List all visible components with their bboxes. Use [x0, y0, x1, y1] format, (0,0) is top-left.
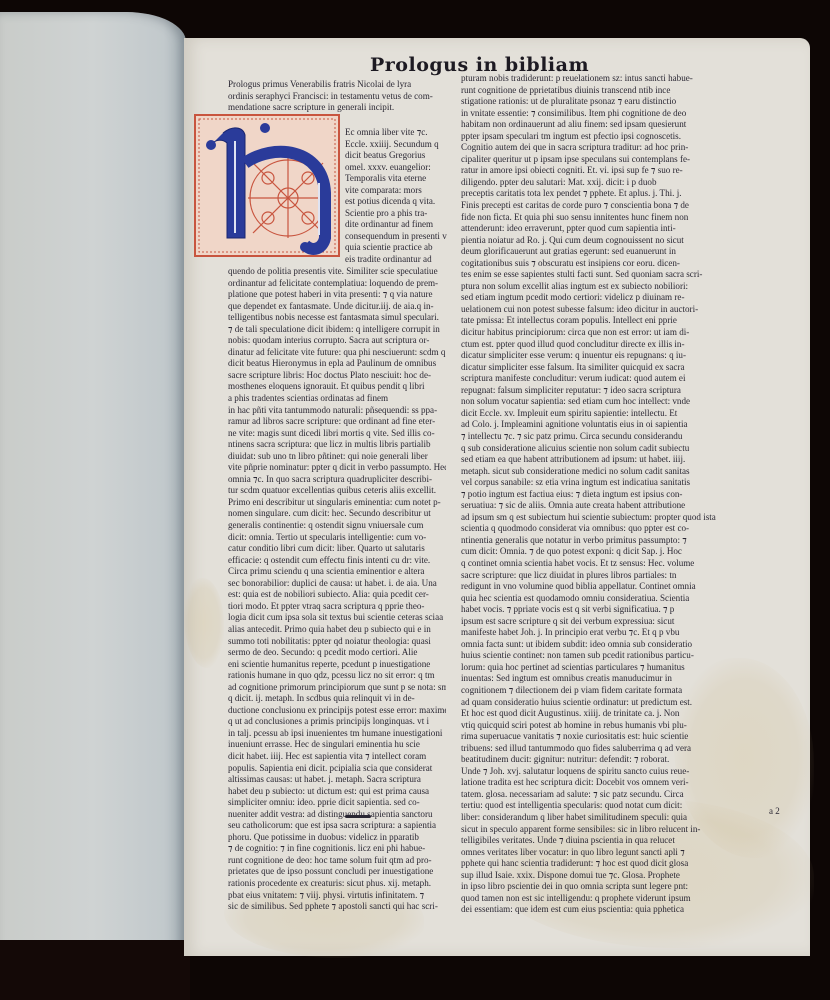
text-line: omel. xxxv. euangelior: — [345, 162, 447, 174]
text-line: phoru. Que potissime in duobus: videlicz… — [228, 832, 446, 844]
text-line: ramur ad libros sacre scripture: que ord… — [228, 416, 446, 428]
text-line: habitam non ordinauerunt ad aliu finem: … — [461, 119, 717, 131]
text-line: eni scientie humanitus reperte, pcedunt … — [228, 659, 446, 671]
text-line: dicit beatus Hieronymus in epla ad Pauli… — [228, 358, 446, 370]
text-line: rationis procedente ex creaturis: sicut … — [228, 878, 446, 890]
text-line: latione tradita est hec scriptura dicit:… — [461, 777, 717, 789]
text-line: tiori modo. Et ppter vtraq sacra scriptu… — [228, 601, 446, 613]
text-line: pphete qui hanc scientia tradiderunt: ⁊ … — [461, 858, 717, 870]
book-cover-edge — [0, 940, 190, 1000]
text-line: Cognitio autem dei que in sacra scriptur… — [461, 142, 717, 154]
text-line: logia dicit cum ipsa sola sit textus bui… — [228, 612, 446, 624]
text-line: Finis precepti est caritas de corde puro… — [461, 200, 717, 212]
text-line: catur conditio libri cum dicit: liber. Q… — [228, 543, 446, 555]
text-line: Circa primu sciendu q una scientia emine… — [228, 566, 446, 578]
text-line: rationis humane in quo qdz, pcessu licz … — [228, 670, 446, 682]
text-line: pientia noiatur ad Ro. j. Qui cum deum c… — [461, 235, 717, 247]
text-line: vite pñprie nominatur: ppter q dicit in … — [228, 462, 446, 474]
text-line: ppter ipsam speculari tm ingtum est pfec… — [461, 131, 717, 143]
text-line: ordinantur ad felicitate contemplatiua: … — [228, 278, 446, 290]
text-line: telligentibus nobis necesse est fantasma… — [228, 312, 446, 324]
text-line: platione que potest haberi in vita prese… — [228, 289, 446, 301]
text-line: prietates que de ipso possunt concludi p… — [228, 866, 446, 878]
text-line: Eccle. xxiiij. Secundum q — [345, 139, 447, 151]
text-line: summo toti nobilitatis: ppter qd noiatur… — [228, 636, 446, 648]
text-line: repugnat: falsum simpliciter reputatur: … — [461, 385, 717, 397]
text-line: mosthenes eloquens ignorauit. Et quibus … — [228, 381, 446, 393]
text-line: runt cognitione de pprietatibus diuinis … — [461, 85, 717, 97]
text-line: simpliciter omniu: ideo. pprie dicit sap… — [228, 797, 446, 809]
text-line: tate pmissa: Et intellectus coram populi… — [461, 315, 717, 327]
text-line: sacre scripture libris: Hoc doctus Plato… — [228, 370, 446, 382]
text-line: cum dicit: Omnia. ⁊ de quo potest exponi… — [461, 546, 717, 558]
text-line: dite ordinantur ad finem — [345, 219, 447, 231]
text-line: deum glorificauerunt aut gratias egerunt… — [461, 246, 717, 258]
text-line: liber: considerandum q liber habet simil… — [461, 812, 717, 824]
text-line: ntinentia generalis que notatur in verbo… — [461, 535, 717, 547]
text-line: ratur in amore ipsi obiecti cogniti. Et.… — [461, 165, 717, 177]
text-line: dicit habet. iiij. Hec est sapientia vit… — [228, 751, 446, 763]
text-line: q continet omnia scientia habet vocis. E… — [461, 558, 717, 570]
text-line: sic de similibus. Sed pphete ⁊ apostoli … — [228, 901, 446, 913]
text-line: altissimas causas: ut habet. j. metaph. … — [228, 774, 446, 786]
text-line: tes enim se esse sapientes stulti facti … — [461, 269, 717, 281]
text-line: dicitur habitus principiorum: circa que … — [461, 327, 717, 339]
text-line: in vnitate essentie: ⁊ consimilibus. Ite… — [461, 108, 717, 120]
text-line: inuentas: Sed ingtum est omnibus creatis… — [461, 673, 717, 685]
text-line: tur scdm quatuor excellentias quibus cet… — [228, 485, 446, 497]
text-line: diligendo. ppter deu salutari: Mat. xxij… — [461, 177, 717, 189]
text-line: in hac pñti vita tantummodo naturali: pñ… — [228, 405, 446, 417]
text-line: ductione conclusionu ex principijs potes… — [228, 705, 446, 717]
text-line: quia scientie practice ab — [345, 242, 447, 254]
incipit-line: mendatione sacre scripture in generali i… — [228, 102, 446, 114]
text-line: omnia ⁊c. In quo sacra scriptura quadrup… — [228, 474, 446, 486]
text-line: dicit: omnia. Tertio ut specularis intel… — [228, 532, 446, 544]
text-line: Primo eni describitur ut singularis emin… — [228, 497, 446, 509]
text-line: ad quam consideratio huius scientie ordi… — [461, 697, 717, 709]
text-line: metaph. sicut sub consideratione medici … — [461, 466, 717, 478]
right-column-body: pturam nobis tradiderunt: p reuelationem… — [461, 73, 717, 916]
left-column-body: quendo de politia presentis vite. Simili… — [228, 266, 446, 913]
text-line: fide non ficta. Et quia phi suo sensu in… — [461, 212, 717, 224]
text-line: tertiu: quod est intelligentia speculari… — [461, 800, 717, 812]
text-line: q dicit. ij. metaph. In scdbus quia reli… — [228, 693, 446, 705]
text-line: ntinens sacra scriptura: que licz in mul… — [228, 439, 446, 451]
text-line: nobis: quodam interius corrupto. Sacra a… — [228, 335, 446, 347]
text-line: consequendum in presenti vita — [345, 231, 447, 243]
text-line: dinatur ad felicitate vite future: qua p… — [228, 347, 446, 359]
text-line: preceptis caritatis tota lex pendet ⁊ pp… — [461, 188, 717, 200]
text-line: tribuens: sed illud tantummodo quo fides… — [461, 743, 717, 755]
text-line: ad ipsum sm q est subiectum hui scientie… — [461, 512, 717, 524]
text-line: cipaliter queritur ut p ipsam ipse specu… — [461, 154, 717, 166]
text-line: Scientie pro a phis tra- — [345, 208, 447, 220]
text-line: omnes veritates liber vocatur: in quo li… — [461, 847, 717, 859]
text-line: non solum vocatur sapientia: sed etiam c… — [461, 396, 717, 408]
text-line: quod tamen non est sic intelligendu: q p… — [461, 893, 717, 905]
text-line: dicatur simpliciter esse falsum. Ita sim… — [461, 362, 717, 374]
text-line: sicut in speculo apparent forme sensibil… — [461, 824, 717, 836]
text-line: Temporalis vita eterne — [345, 173, 447, 185]
text-line: scientia q quodmodo considerat via omnib… — [461, 523, 717, 535]
text-line: attenderunt: ideo erraverunt, ppter quod… — [461, 223, 717, 235]
text-line: sup illud Isaie. xxix. Dispone domui tue… — [461, 870, 717, 882]
text-line: ad Colo. j. Impleamini agnitione volunta… — [461, 419, 717, 431]
incipit-line: Prologus primus Venerabilis fratris Nico… — [228, 79, 446, 91]
text-beside-initial: Ec omnia liber vite ⁊c. Eccle. xxiiij. S… — [345, 127, 447, 266]
text-line: ptura non solum excellit alias ingtum es… — [461, 281, 717, 293]
text-line: stigatione rationis: ut de pluralitate p… — [461, 96, 717, 108]
text-line: uelationem cui non potest subesse falsum… — [461, 304, 717, 316]
text-line: ⁊ de tali speculatione dicit ibidem: q i… — [228, 324, 446, 336]
text-line: scriptura manifeste concluditur: verum i… — [461, 373, 717, 385]
text-line: a phis tradentes scientias ordinatas ad … — [228, 393, 446, 405]
text-line: cognitionem ⁊ dilectionem dei p viam fid… — [461, 685, 717, 697]
text-line: que dependet ex fantasmate. Unde dicitur… — [228, 301, 446, 313]
text-line: dicatur simpliciter esse verum: q inuent… — [461, 350, 717, 362]
text-line: sed etiam ingtum pcedit modo certiori: v… — [461, 292, 717, 304]
text-line: seu catholicorum: que est ipsa sacra scr… — [228, 820, 446, 832]
text-line: lorum: quia hoc pertinet ad scientias pa… — [461, 662, 717, 674]
text-line: diuidat: sub uno tn libro pñtinet: qui n… — [228, 451, 446, 463]
text-line: ne vite: magis sunt dicedi libri mortis … — [228, 428, 446, 440]
text-line: generalis continentie: q ostendit signu … — [228, 520, 446, 532]
text-line: telligibiles veritates. Unde ⁊ diuina ps… — [461, 835, 717, 847]
text-line: ipsum est sacre scripture q sit dei verb… — [461, 616, 717, 628]
text-line: q ut ad conclusiones a primis principijs… — [228, 716, 446, 728]
text-line: q sub consideratione alicuius scientie n… — [461, 443, 717, 455]
text-line: ctum est. ppter quod illud quod concludi… — [461, 339, 717, 351]
text-line: vite comparata: mors — [345, 185, 447, 197]
text-line: Unde ⁊ Joh. xvj. salutatur loquens de sp… — [461, 766, 717, 778]
text-line: seruatiua: ⁊ sic de aliis. Omnia aute cr… — [461, 500, 717, 512]
column-end-mark — [345, 815, 371, 818]
text-line: ⁊ intellectu ⁊c. ⁊ sic patz primu. Circa… — [461, 431, 717, 443]
text-line: inueniunt errasse. Hec de singulari emin… — [228, 739, 446, 751]
text-line: pbat eius vnitatem: ⁊ viij. physi. virtu… — [228, 890, 446, 902]
text-line: ad cognitione primorum principiorum que … — [228, 682, 446, 694]
text-line: vel corpus sanabile: sz etia vrina ingtu… — [461, 477, 717, 489]
text-line: pturam nobis tradiderunt: p reuelationem… — [461, 73, 717, 85]
text-line: Ec omnia liber vite ⁊c. — [345, 127, 447, 139]
left-text-column: Prologus primus Venerabilis fratris Nico… — [228, 79, 446, 114]
text-line: sermo de deo. Secundo: q pcedit modo cer… — [228, 647, 446, 659]
text-line: ⁊ de cognitio: ⁊ in fine cognitionis. li… — [228, 843, 446, 855]
text-line: nueniter addit vestra: ad distinguendu s… — [228, 809, 446, 821]
left-page-blank-flyleaf — [0, 12, 186, 967]
text-line: rima superuacue vanitatis ⁊ noxie curios… — [461, 731, 717, 743]
text-line: est potius dicenda q vita. — [345, 196, 447, 208]
text-line: sed etiam ea que habent attributionem ad… — [461, 454, 717, 466]
text-line: dicit beatus Gregorius — [345, 150, 447, 162]
illuminated-initial-h-icon — [193, 113, 341, 258]
text-line: ⁊ potio ingtum est factiua eius: ⁊ dieta… — [461, 489, 717, 501]
text-line: habet vocis. ⁊ ppriate vocis est q sit v… — [461, 604, 717, 616]
text-line: omnia facta sunt: ut ibidem subdit: ideo… — [461, 639, 717, 651]
text-line: Et hoc est quod dicit Augustinus. xiiij.… — [461, 708, 717, 720]
text-line: sacre scripture: que licz diuidat in plu… — [461, 570, 717, 582]
text-line: cogitationibus suis ⁊ obscuratu est insi… — [461, 258, 717, 270]
text-line: runt cognitione de deo: hoc tame solum f… — [228, 855, 446, 867]
text-line: manifeste habet Joh. j. In principio era… — [461, 627, 717, 639]
water-stain-gutter — [184, 578, 224, 668]
text-line: dicit Eccle. xv. Impleuit eum spiritu sa… — [461, 408, 717, 420]
text-line: nomen singulare. cum dicit: hec. Secundo… — [228, 508, 446, 520]
text-line: populis. Sapientia eni dicit. pcipialia … — [228, 763, 446, 775]
incipit-line: ordinis seraphyci Francisci: in testamen… — [228, 91, 446, 103]
text-line: est: quia est de nobiliori subiecto. Ali… — [228, 589, 446, 601]
text-line: redigunt in vno volumine quod biblia app… — [461, 581, 717, 593]
text-line: dei essentiam: que idem est cum eius psc… — [461, 904, 717, 916]
text-line: tatem. glosa. necessariam ad salute: ⁊ s… — [461, 789, 717, 801]
text-line: vtiq quicquid sciri potest ab homine in … — [461, 720, 717, 732]
text-line: beatitudinem ducit: gignitur: nutritur: … — [461, 754, 717, 766]
text-line: in talj. pcessu ab ipsi inuenientes tm h… — [228, 728, 446, 740]
text-line: in ipso libro pscientie dei in quo omnia… — [461, 881, 717, 893]
text-line: alias antecedit. Primo quia habet deu p … — [228, 624, 446, 636]
text-line: eis tradite ordinantur ad — [345, 254, 447, 266]
text-line: quendo de politia presentis vite. Simili… — [228, 266, 446, 278]
text-line: quia hec scientia est quodamodo omniu co… — [461, 593, 717, 605]
text-line: habet deu p subiecto: ut dictum est: qui… — [228, 786, 446, 798]
signature-mark: a 2 — [769, 806, 780, 816]
text-line: efficacie: q ostendit cum effectu finis … — [228, 555, 446, 567]
text-line: sec bonorabilior: duplici de causa: ut h… — [228, 578, 446, 590]
text-line: huius scientie continet: non tamen sub p… — [461, 650, 717, 662]
